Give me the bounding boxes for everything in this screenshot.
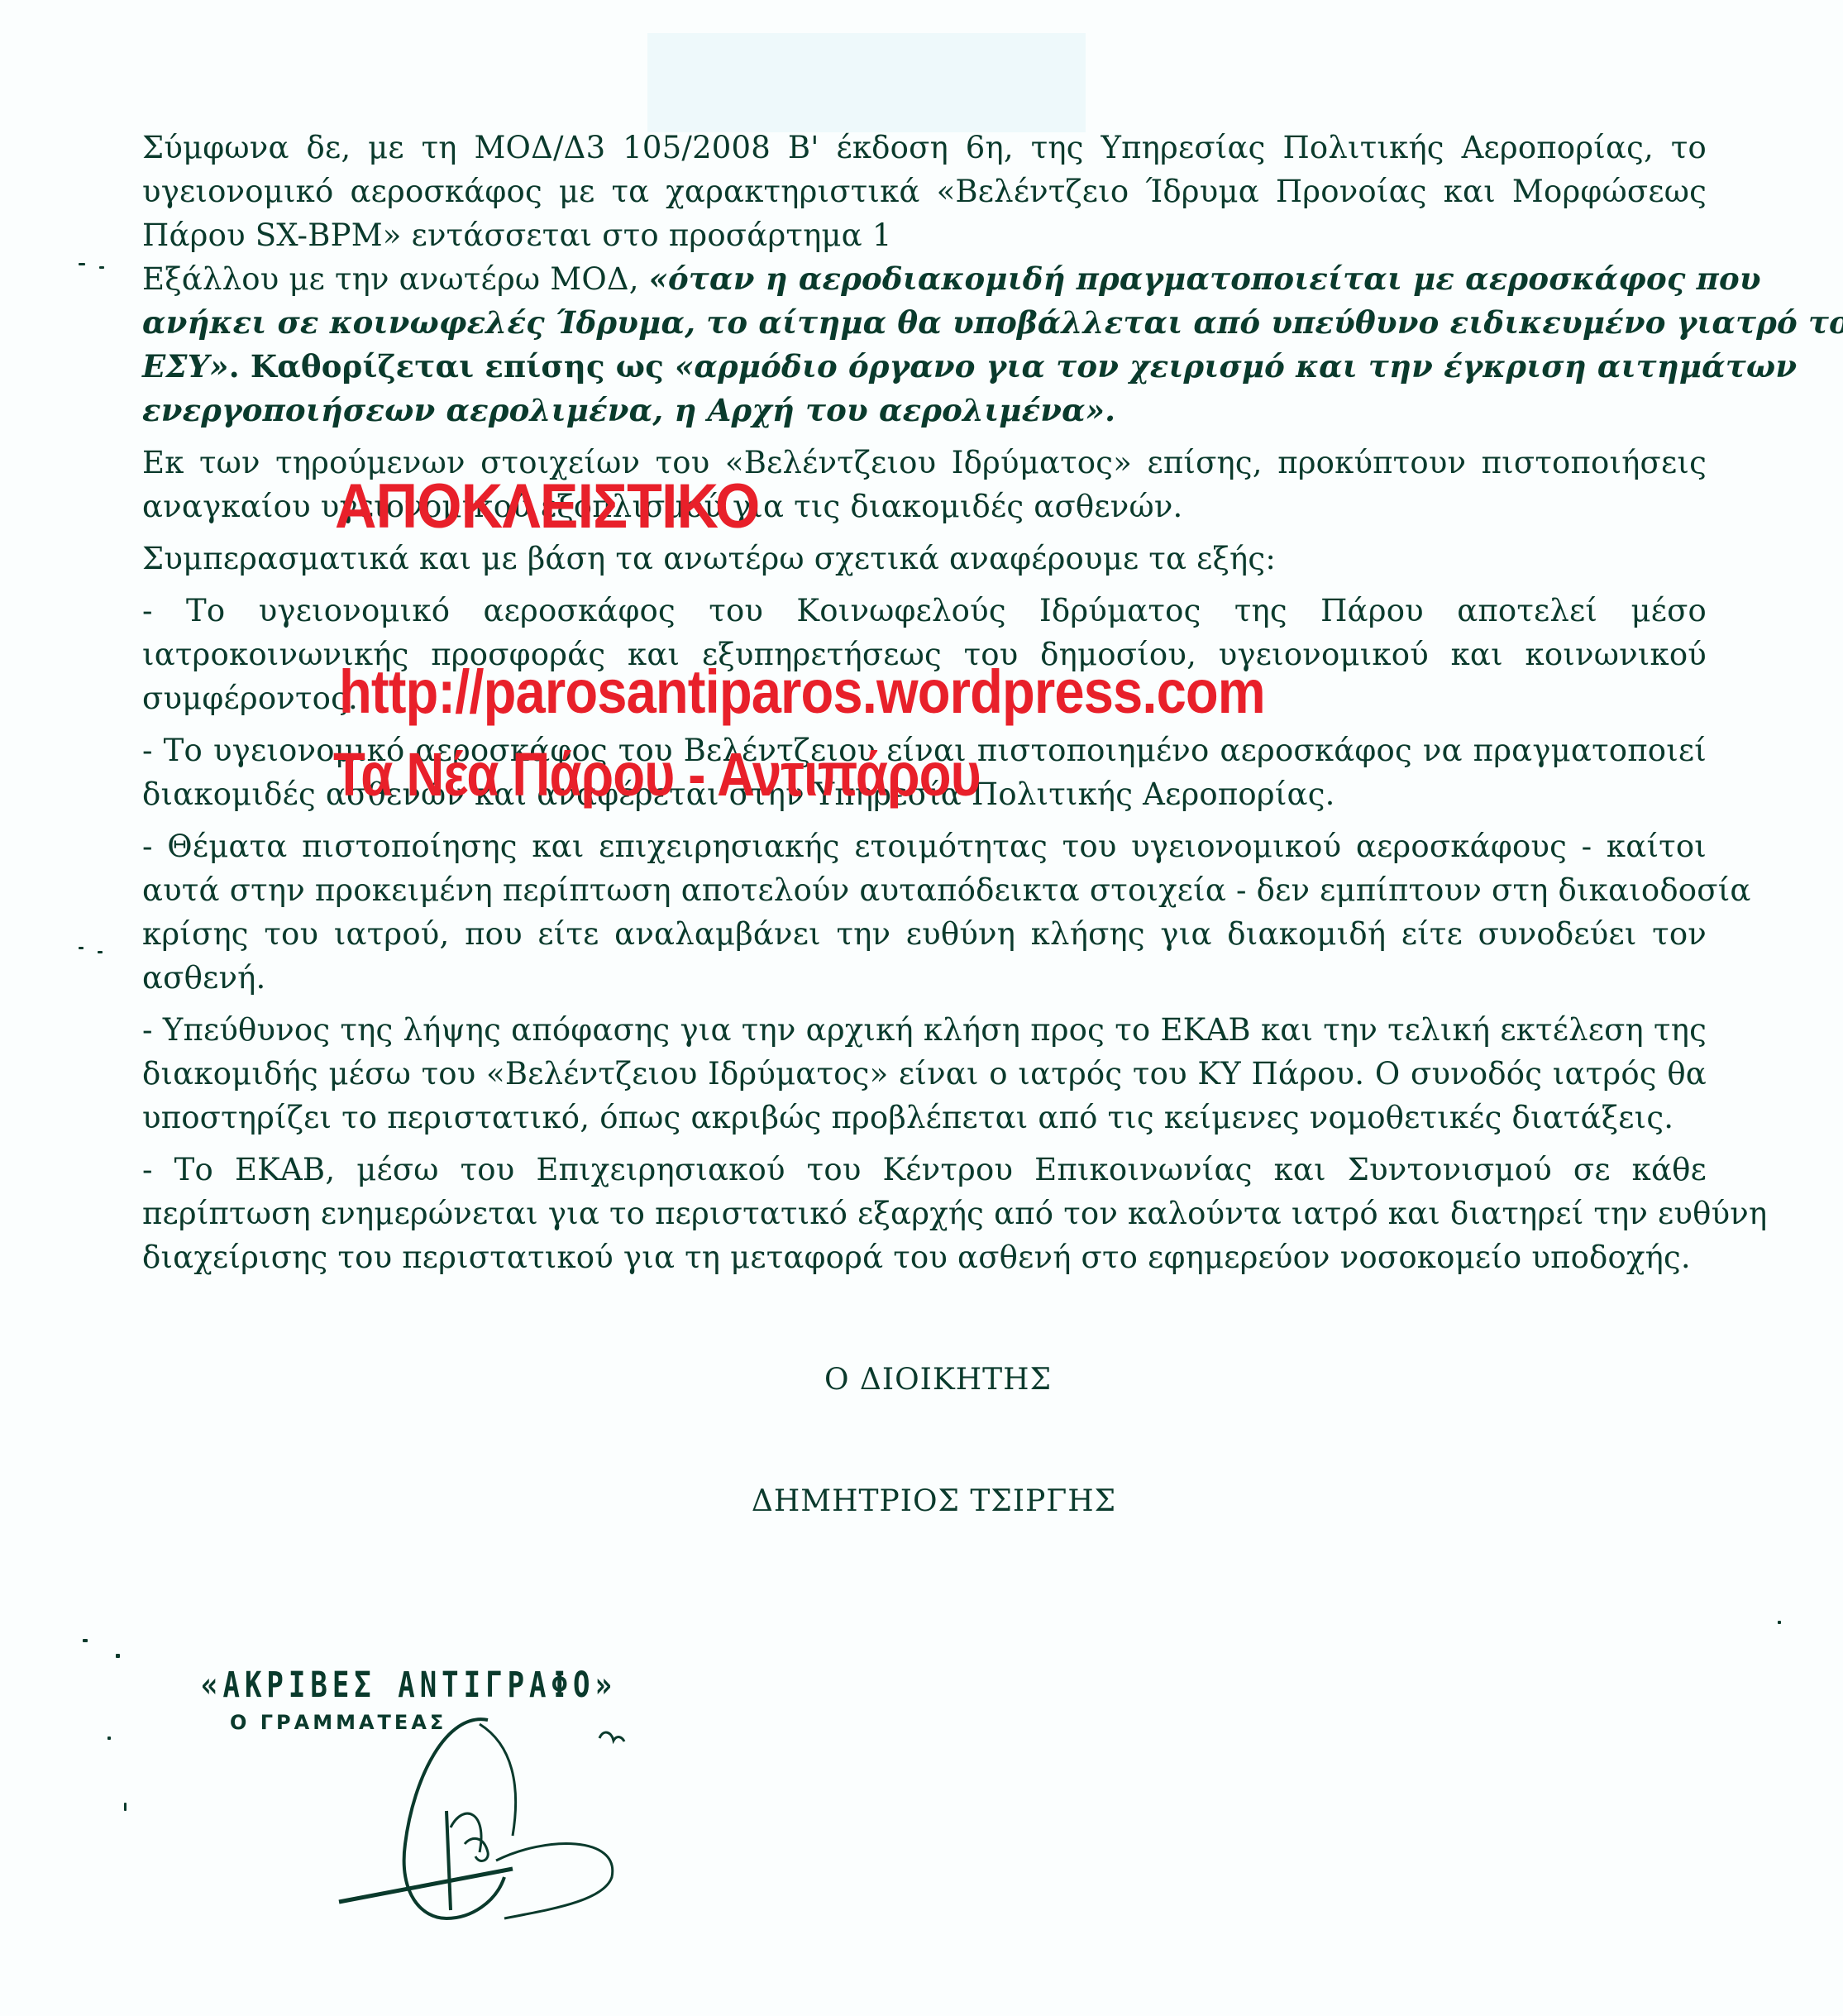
scan-speck <box>98 951 103 953</box>
handwritten-signature <box>248 1712 628 1927</box>
text-line: Σύμφωνα δε, με τη ΜΟΔ/Δ3 105/2008 Β' έκδ… <box>142 126 1707 170</box>
paragraph-moda-reference: Σύμφωνα δε, με τη ΜΟΔ/Δ3 105/2008 Β' έκδ… <box>142 126 1707 257</box>
text-line: διαχείρισης του περιστατικού για τη μετα… <box>142 1235 1707 1279</box>
scan-speck <box>99 266 104 269</box>
scan-speck <box>1778 1621 1781 1624</box>
scan-speck <box>83 1639 88 1642</box>
text-line: κρίσης του ιατρού, που είτε αναλαμβάνει … <box>142 912 1707 956</box>
text-line: - Υπεύθυνος της λήψης απόφασης για την α… <box>142 1008 1707 1052</box>
watermark-exclusive: ΑΠΟΚΛΕΙΣΤΙΚΟ <box>335 475 759 538</box>
text-line: - Το υγειονομικό αεροσκάφος του Κοινωφελ… <box>142 589 1707 633</box>
scan-speck <box>79 263 85 265</box>
scan-speck <box>107 1737 111 1740</box>
quoted-text: ανήκει σε κοινωφελές Ίδρυμα, το αίτημα θ… <box>142 301 1707 345</box>
signatory-name: ΔΗΜΗΤΡΙΟΣ ΤΣΙΡΓΗΣ <box>0 1484 1843 1518</box>
text-line: υγειονομικό αεροσκάφος με τα χαρακτηριστ… <box>142 170 1707 213</box>
bullet-certification-issues: - Θέματα πιστοποίησης και επιχειρησιακής… <box>142 824 1707 1000</box>
scan-speck <box>116 1654 120 1658</box>
watermark-site-name: Τα Νέα Πάρου - Αντιπάρου <box>333 744 981 805</box>
scan-artifact-band <box>647 33 1086 132</box>
text-line: Πάρου SX-BPM» εντάσσεται στο προσάρτημα … <box>142 213 1707 257</box>
signatory-title: Ο ΔΙΟΙΚΗΤΗΣ <box>0 1363 1843 1397</box>
certified-copy-stamp: «ΑΚΡΙΒΕΣ ΑΝΤΙΓΡΑΦΟ» <box>201 1665 617 1706</box>
quoted-text: ενεργοποιήσεων αερολιμένα, η Αρχή του αε… <box>142 389 1707 432</box>
text-line: ασθενή. <box>142 956 1707 1000</box>
scan-speck <box>124 1803 127 1811</box>
text-line: Εξάλλου με την ανωτέρω ΜΟΔ, «όταν η αερο… <box>142 257 1707 301</box>
scan-speck <box>79 947 84 949</box>
text-line: Συμπερασματικά και με βάση τα ανωτέρω σχ… <box>142 537 1707 580</box>
text-line: διακομιδής μέσω του «Βελέντζειου Ιδρύματ… <box>142 1052 1707 1096</box>
text-line: υποστηρίζει το περιστατικό, όπως ακριβώς… <box>142 1096 1707 1139</box>
text-line: ΕΣΥ». Καθορίζεται επίσης ως «αρμόδιο όργ… <box>142 345 1707 389</box>
quoted-text: «όταν η αεροδιακομιδή πραγματοποιείται μ… <box>649 260 1761 297</box>
paragraph-moda-quote: Εξάλλου με την ανωτέρω ΜΟΔ, «όταν η αερο… <box>142 257 1707 432</box>
paragraph-conclusion-intro: Συμπερασματικά και με βάση τα ανωτέρω σχ… <box>142 537 1707 580</box>
text-line: αυτά στην προκειμένη περίπτωση αποτελούν… <box>142 868 1707 912</box>
text-line: - Θέματα πιστοποίησης και επιχειρησιακής… <box>142 824 1707 868</box>
text-line: περίπτωση ενημερώνεται για το περιστατικ… <box>142 1192 1707 1235</box>
watermark-url[interactable]: http://parosantiparos.wordpress.com <box>339 662 1265 723</box>
bullet-responsible-doctor: - Υπεύθυνος της λήψης απόφασης για την α… <box>142 1008 1707 1139</box>
bullet-ekab: - Το ΕΚΑΒ, μέσω του Επιχειρησιακού του Κ… <box>142 1148 1707 1279</box>
text-line: - Το ΕΚΑΒ, μέσω του Επιχειρησιακού του Κ… <box>142 1148 1707 1192</box>
